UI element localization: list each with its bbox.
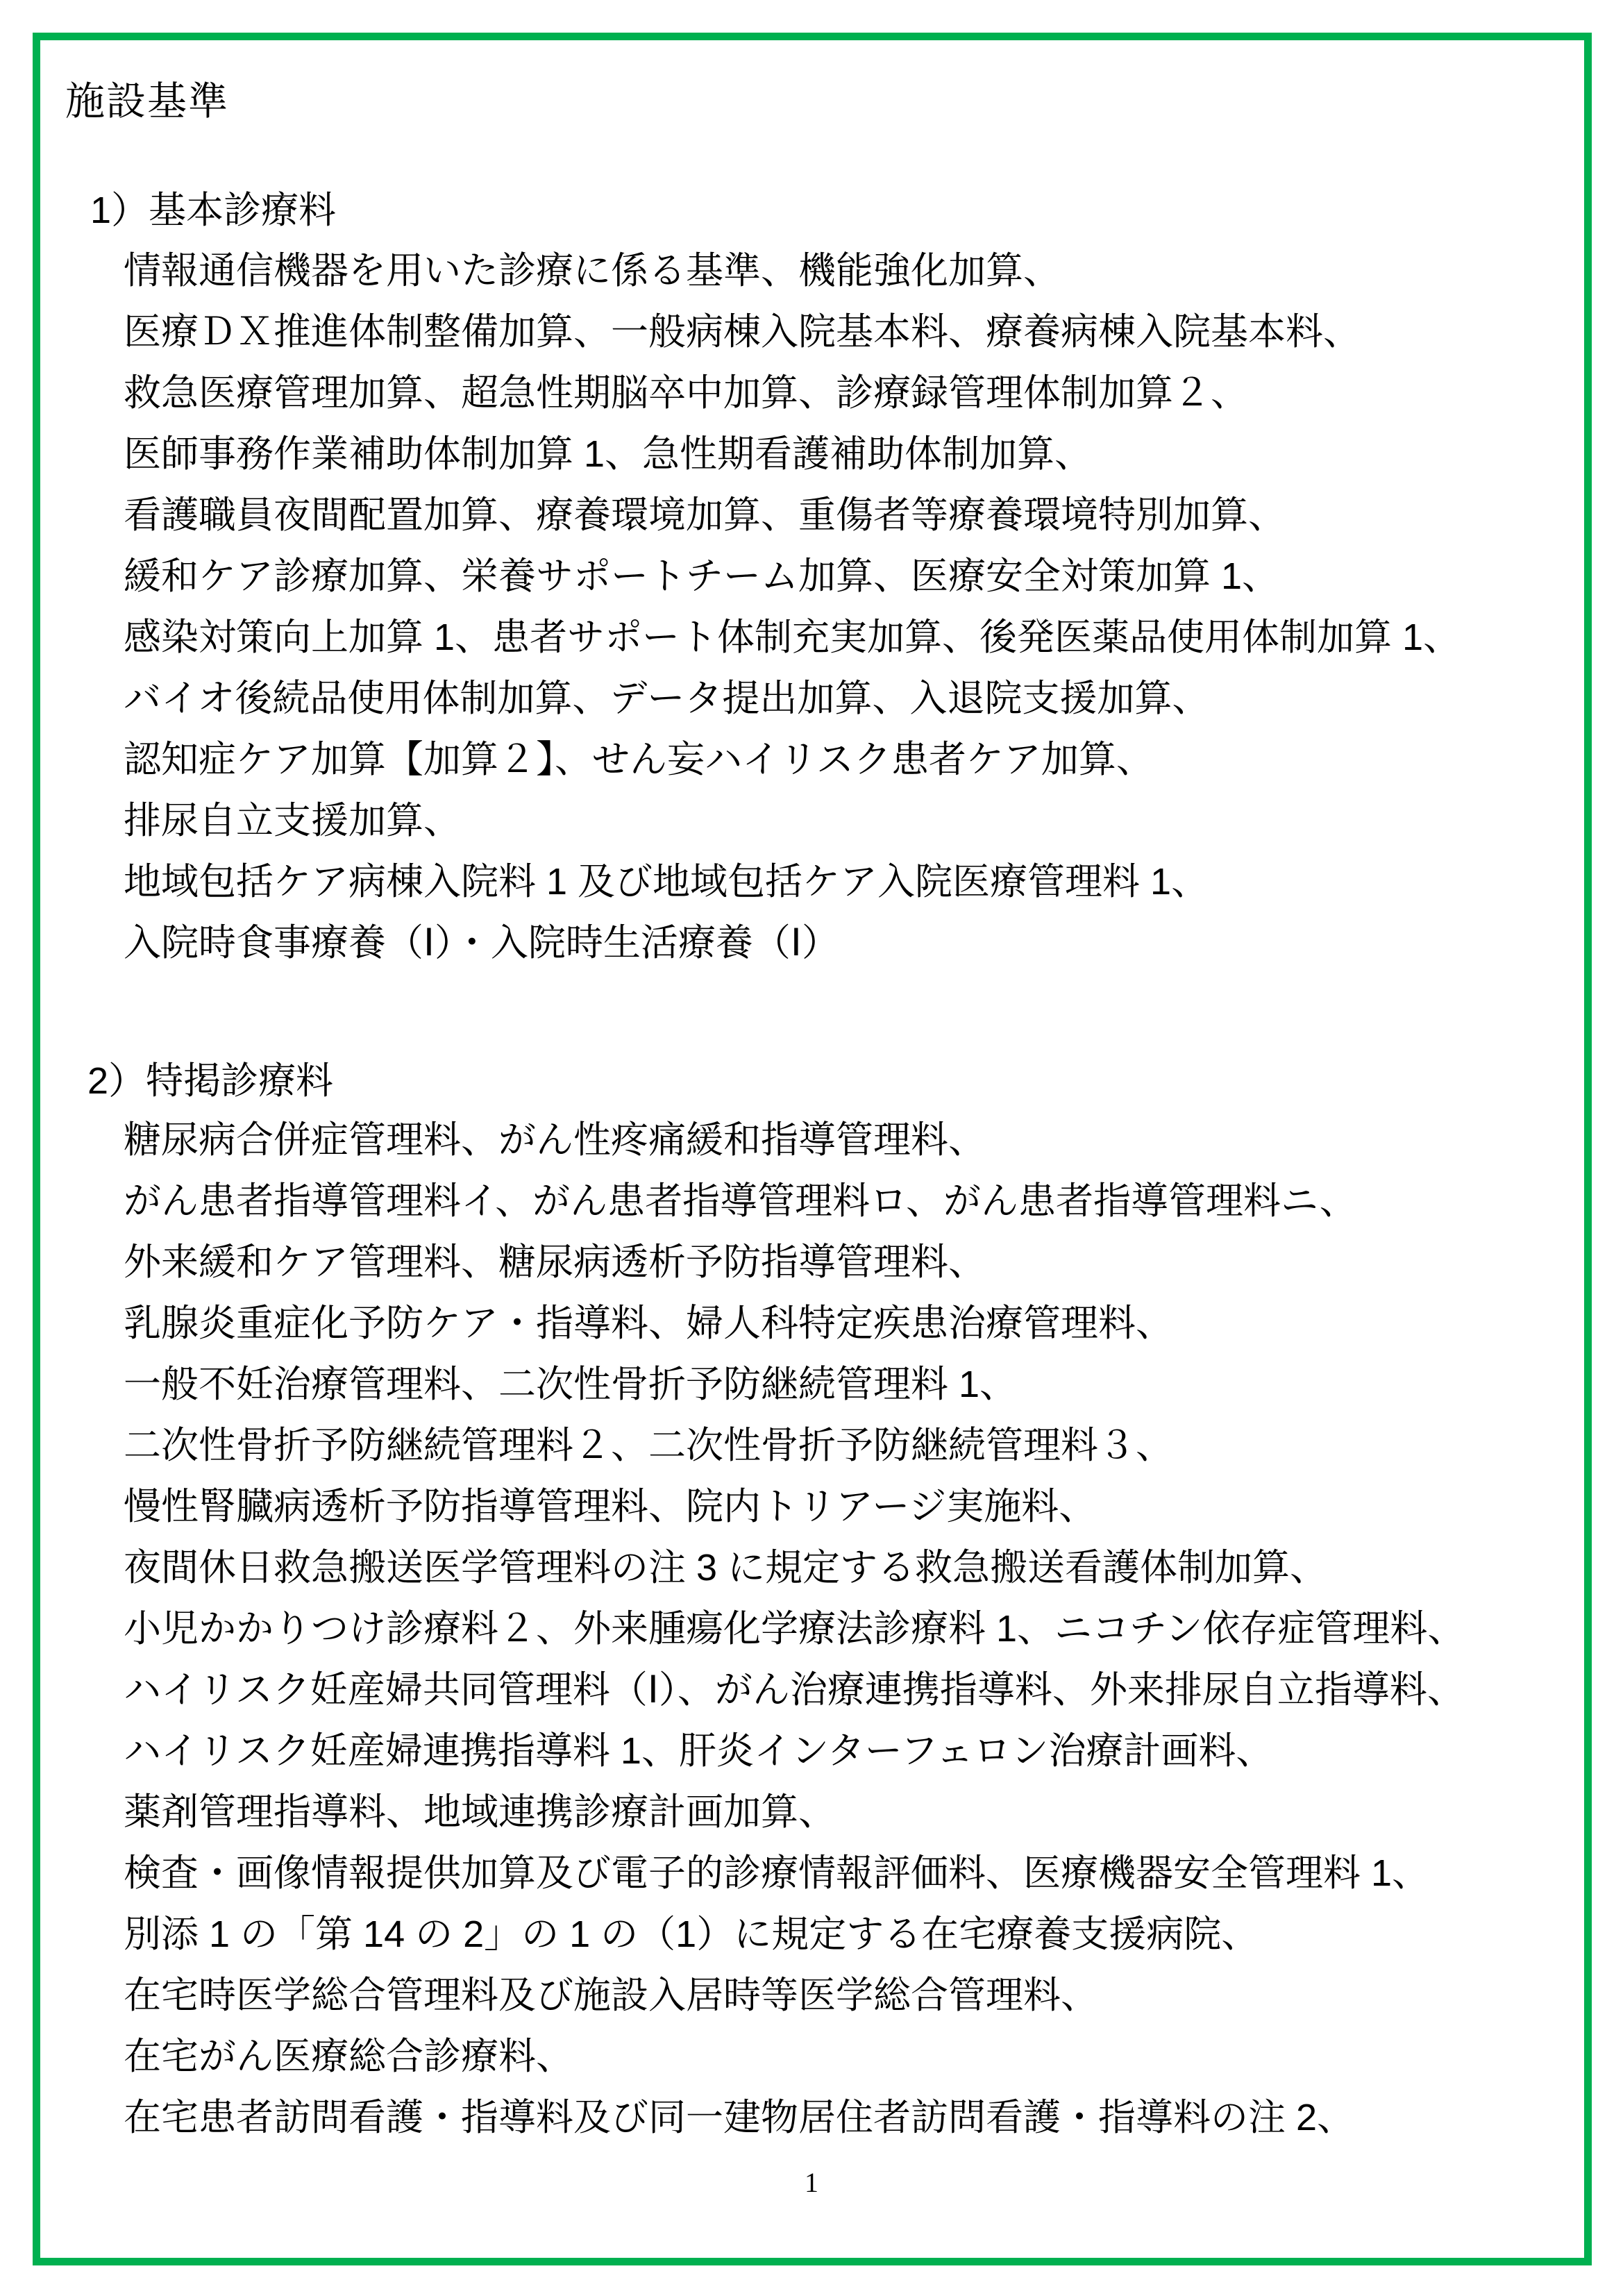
page-number: 1 — [0, 2166, 1623, 2199]
document-page: 施設基準 1）基本診療料 情報通信機器を用いた診療に係る基準、機能強化加算、医療… — [0, 0, 1623, 2296]
text-line: 慢性腎臓病透析予防指導管理料、院内トリアージ実施料、 — [124, 1476, 1465, 1537]
text-line: 検査・画像情報提供加算及び電子的診療情報評価料、医療機器安全管理料 1、 — [124, 1843, 1465, 1904]
text-line: 糖尿病合併症管理料、がん性疼痛緩和指導管理料、 — [124, 1109, 1465, 1171]
text-line: 医師事務作業補助体制加算 1、急性期看護補助体制加算、 — [124, 424, 1461, 485]
section-1-heading: 1）基本診療料 — [90, 181, 336, 234]
text-line: 在宅がん医療総合診療料、 — [124, 2026, 1465, 2087]
text-line: ハイリスク妊産婦共同管理料（Ⅰ）、がん治療連携指導料、外来排尿自立指導料、 — [124, 1659, 1465, 1720]
text-line: 外来緩和ケア管理料、糖尿病透析予防指導管理料、 — [124, 1232, 1465, 1293]
text-line: 別添 1 の「第 14 の 2」の 1 の（1）に規定する在宅療養支援病院、 — [124, 1904, 1465, 1965]
text-line: 救急医療管理加算、超急性期脳卒中加算、診療録管理体制加算２、 — [124, 362, 1461, 424]
text-line: 排尿自立支援加算、 — [124, 790, 1461, 851]
text-line: 夜間休日救急搬送医学管理料の注 3 に規定する救急搬送看護体制加算、 — [124, 1537, 1465, 1598]
text-line: 薬剤管理指導料、地域連携診療計画加算、 — [124, 1782, 1465, 1843]
text-line: 一般不妊治療管理料、二次性骨折予防継続管理料 1、 — [124, 1354, 1465, 1415]
text-line: 情報通信機器を用いた診療に係る基準、機能強化加算、 — [124, 240, 1461, 301]
text-line: 乳腺炎重症化予防ケア・指導料、婦人科特定疾患治療管理料、 — [124, 1293, 1465, 1354]
text-line: 在宅時医学総合管理料及び施設入居時等医学総合管理料、 — [124, 1965, 1465, 2026]
document-title: 施設基準 — [65, 69, 229, 126]
text-line: 感染対策向上加算 1、患者サポート体制充実加算、後発医薬品使用体制加算 1、 — [124, 607, 1461, 668]
text-line: 看護職員夜間配置加算、療養環境加算、重傷者等療養環境特別加算、 — [124, 485, 1461, 546]
text-line: 緩和ケア診療加算、栄養サポートチーム加算、医療安全対策加算 1、 — [124, 546, 1461, 607]
text-line: がん患者指導管理料イ、がん患者指導管理料ロ、がん患者指導管理料ニ、 — [124, 1171, 1465, 1232]
text-line: バイオ後続品使用体制加算、データ提出加算、入退院支援加算、 — [124, 668, 1461, 729]
text-line: 医療ＤＸ推進体制整備加算、一般病棟入院基本料、療養病棟入院基本料、 — [124, 301, 1461, 362]
text-line: 小児かかりつけ診療料２、外来腫瘍化学療法診療料 1、ニコチン依存症管理料、 — [124, 1598, 1465, 1659]
section-2-body: 糖尿病合併症管理料、がん性疼痛緩和指導管理料、がん患者指導管理料イ、がん患者指導… — [124, 1109, 1465, 2148]
text-line: 認知症ケア加算【加算２】、せん妄ハイリスク患者ケア加算、 — [124, 729, 1461, 790]
section-1-body: 情報通信機器を用いた診療に係る基準、機能強化加算、医療ＤＸ推進体制整備加算、一般… — [124, 240, 1461, 973]
text-line: 地域包括ケア病棟入院料 1 及び地域包括ケア入院医療管理料 1、 — [124, 851, 1461, 912]
text-line: 二次性骨折予防継続管理料２、二次性骨折予防継続管理料３、 — [124, 1415, 1465, 1476]
section-2-heading: 2）特掲診療料 — [87, 1051, 333, 1105]
text-line: ハイリスク妊産婦連携指導料 1、肝炎インターフェロン治療計画料、 — [124, 1720, 1465, 1782]
text-line: 在宅患者訪問看護・指導料及び同一建物居住者訪問看護・指導料の注 2、 — [124, 2087, 1465, 2148]
text-line: 入院時食事療養（Ⅰ）・入院時生活療養（Ⅰ） — [124, 912, 1461, 973]
